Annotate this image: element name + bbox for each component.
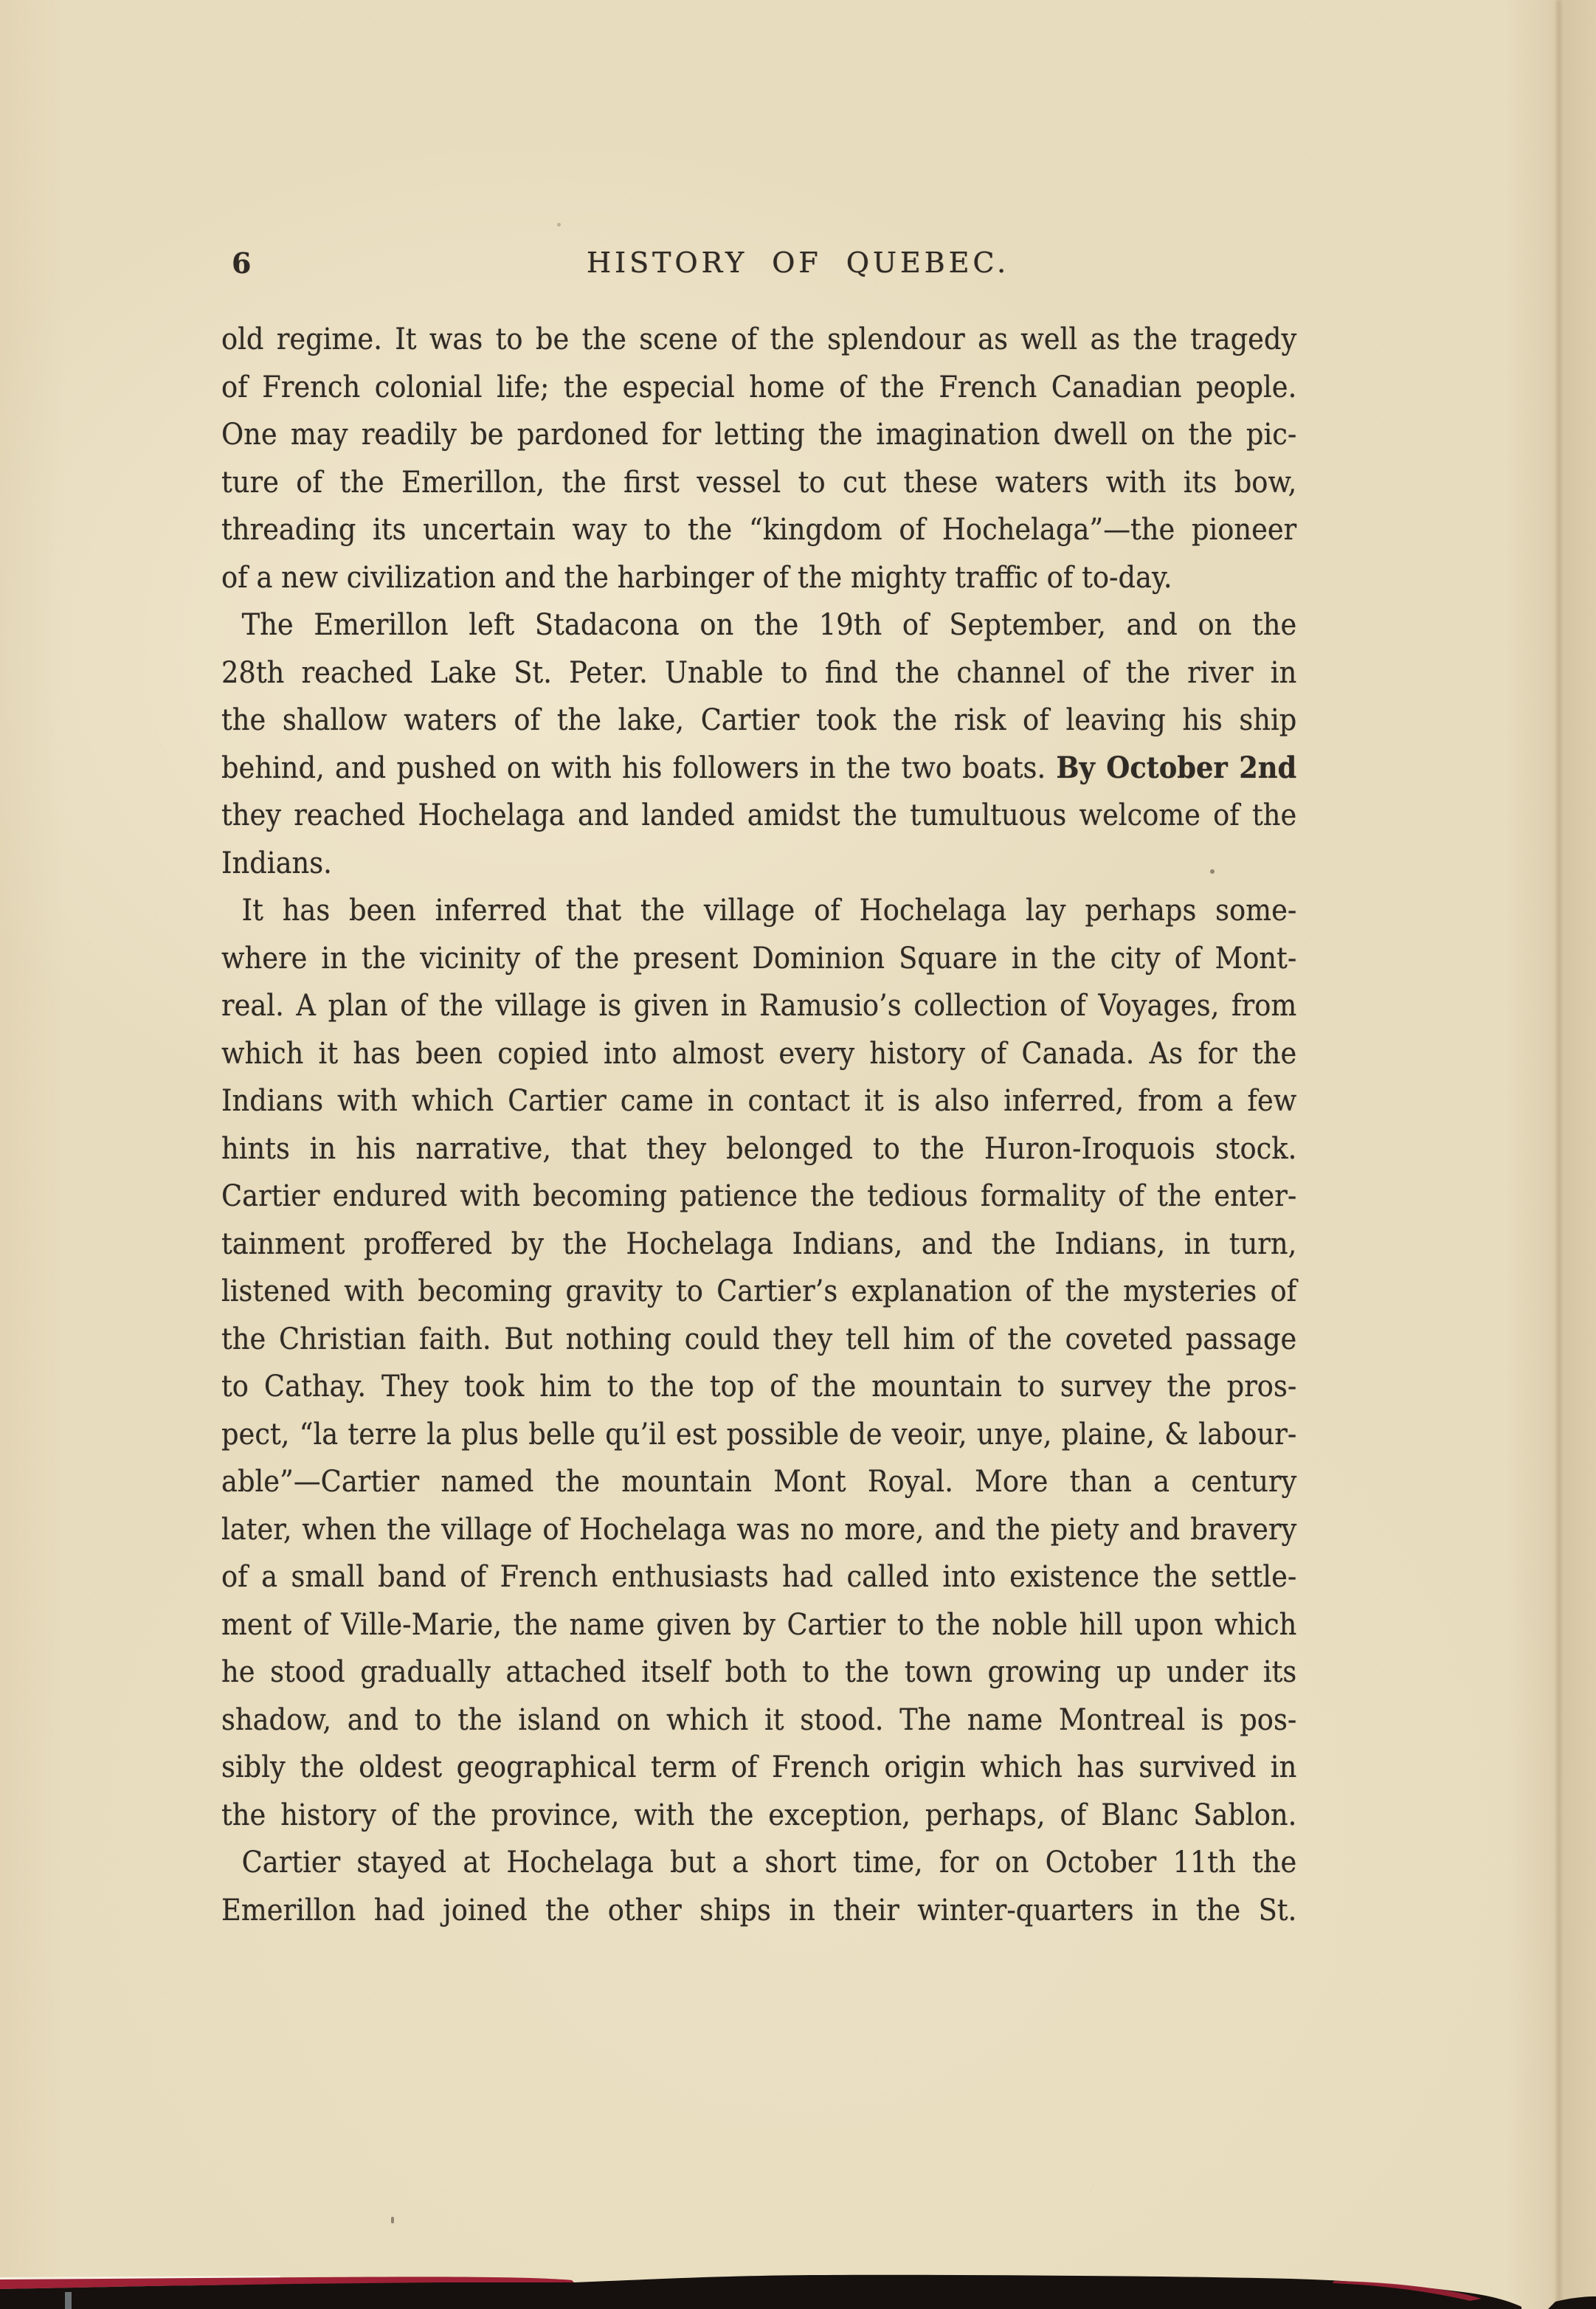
dust-speck [557, 223, 561, 227]
text-line: It has been inferred that the village of… [221, 887, 1296, 935]
cover-black-corner [1548, 2296, 1596, 2309]
emphasized-text: By October 2nd [1056, 750, 1296, 785]
text-line: the shallow waters of the lake, Cartier … [221, 697, 1296, 745]
text-line: threading its uncertain way to the “king… [221, 506, 1296, 554]
text-line: later, when the village of Hochelaga was… [221, 1506, 1296, 1554]
text-line: Cartier stayed at Hochelaga but a short … [221, 1839, 1296, 1887]
text-line: they reached Hochelaga and landed amidst… [221, 792, 1296, 840]
dust-speck [1210, 869, 1215, 874]
text-line: real. A plan of the village is given in … [221, 982, 1296, 1030]
text-line: Emerillon had joined the other ships in … [221, 1887, 1296, 1935]
text-line: of French colonial life; the especial ho… [221, 364, 1296, 412]
text-line: The Emerillon left Stadacona on the 19th… [221, 601, 1296, 649]
text-line: ture of the Emerillon, the first vessel … [221, 459, 1296, 507]
text-line: to Cathay. They took him to the top of t… [221, 1363, 1296, 1411]
text-line: pect, “la terre la plus belle qu’il est … [221, 1411, 1296, 1459]
text-line: old regime. It was to be the scene of th… [221, 316, 1296, 364]
cover-scuff-mark [65, 2292, 72, 2309]
text-line: Indians. [221, 840, 1296, 888]
text-line: tainment proffered by the Hochelaga Indi… [221, 1221, 1296, 1269]
text-line: shadow, and to the island on which it st… [221, 1697, 1296, 1744]
text-line: 28th reached Lake St. Peter. Unable to f… [221, 649, 1296, 697]
text-line: sibly the oldest geographical term of Fr… [221, 1744, 1296, 1792]
running-title: HISTORY OF QUEBEC. [0, 246, 1596, 279]
text-line: Cartier endured with becoming patience t… [221, 1173, 1296, 1221]
text-line: of a new civilization and the harbinger … [221, 554, 1296, 602]
text-line: listened with becoming gravity to Cartie… [221, 1268, 1296, 1316]
text-line: of a small band of French enthusiasts ha… [221, 1553, 1296, 1601]
text-line: the Christian faith. But nothing could t… [221, 1316, 1296, 1364]
text-line: ment of Ville-Marie, the name given by C… [221, 1601, 1296, 1649]
text-line: able”—Cartier named the mountain Mont Ro… [221, 1458, 1296, 1506]
scanned-book-page: 6 HISTORY OF QUEBEC. old regime. It was … [0, 0, 1596, 2309]
text-line: Indians with which Cartier came in conta… [221, 1077, 1296, 1125]
page-edge-crease [1555, 0, 1563, 2309]
text-line: where in the vicinity of the present Dom… [221, 935, 1296, 983]
text-line: which it has been copied into almost eve… [221, 1030, 1296, 1078]
text-segment: behind, and pushed on with his followers… [221, 751, 1056, 785]
text-line: the history of the province, with the ex… [221, 1792, 1296, 1840]
text-line: he stood gradually attached itself both … [221, 1649, 1296, 1697]
text-line: behind, and pushed on with his followers… [221, 745, 1296, 793]
text-line: One may readily be pardoned for letting … [221, 411, 1296, 459]
body-text: old regime. It was to be the scene of th… [221, 316, 1390, 1934]
text-line: hints in his narrative, that they belong… [221, 1125, 1296, 1173]
dust-speck [391, 2217, 394, 2223]
book-cover-band [0, 2273, 1596, 2309]
